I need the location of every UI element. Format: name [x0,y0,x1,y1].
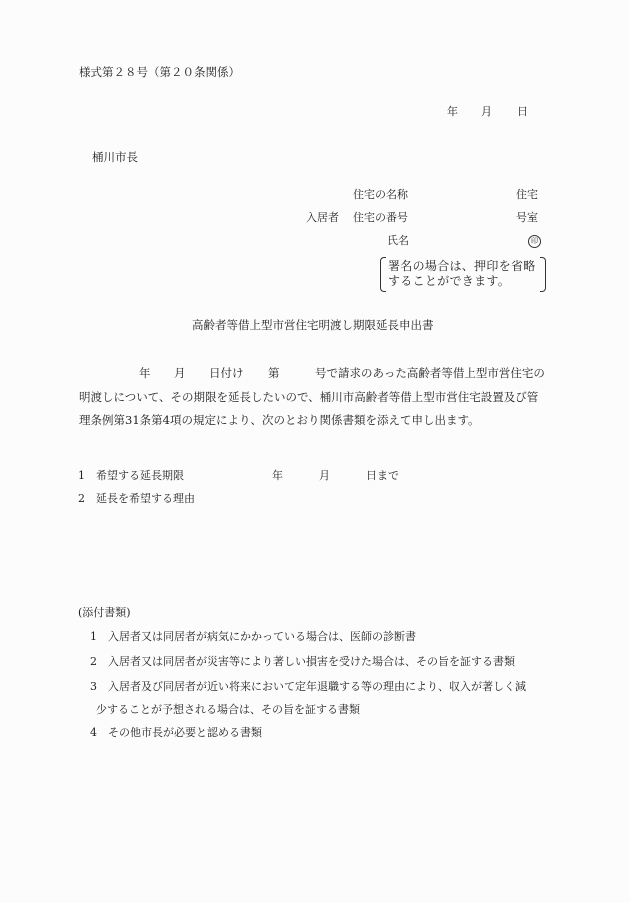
attachment-number: 2 [90,655,97,669]
attachment-text: その他市長が必要と認める書類 [108,726,262,740]
item-label: 希望する延長期限 [96,469,184,483]
attachment-text: 入居者又は同居者が病気にかかっている場合は、医師の診断書 [108,630,416,644]
deadline-day: 日まで [366,469,399,483]
body-dai: 第 [268,366,280,380]
housing-number-suffix: 号室 [516,211,538,225]
deadline-year: 年 [272,469,283,483]
right-bracket-icon [540,257,546,292]
attachment-text: 入居者及び同居者が近い将来において定年退職する等の理由により、収入が著しく減 [108,680,526,694]
name-label: 氏名 [387,234,409,248]
attachment-number: 4 [90,726,97,740]
item-label: 延長を希望する理由 [96,492,195,506]
signature-note: 署名の場合は、押印を省略 することができます。 [380,257,546,291]
body-line2: 明渡しについて、その期限を延長したいので、桶川市高齢者等借上型市営住宅設置及び管 [79,390,538,404]
deadline-month: 月 [319,469,330,483]
left-bracket-icon [380,257,386,292]
date-year-label: 年 [447,105,458,119]
document-title: 高齢者等借上型市営住宅明渡し期限延長申出書 [192,318,434,332]
form-number: 様式第２８号（第２０条関係） [79,65,240,79]
seal-icon: 印 [528,235,541,248]
body-day: 日付け [209,366,244,380]
attachment-text-continuation: 少することが予想される場合は、その旨を証する書類 [96,703,360,717]
signature-note-line2: することができます。 [388,274,536,289]
body-line3: 理条例第31条第4項の規定により、次のとおり関係書類を添えて申し出ます。 [79,413,480,427]
body-line1-rest: 号で請求のあった高齢者等借上型市営住宅の [315,366,545,380]
body-year: 年 [139,366,151,380]
attachment-number: 3 [90,680,97,694]
item-number: 1 [78,469,85,483]
date-month-label: 月 [481,105,492,119]
body-month: 月 [174,366,186,380]
attachments-heading: (添付書類) [78,606,131,620]
attachment-text: 入居者又は同居者が災害等により著しい損害を受けた場合は、その旨を証する書類 [108,655,515,669]
applicant-group-label: 入居者 [306,211,339,225]
date-day-label: 日 [517,105,528,119]
housing-number-label: 住宅の番号 [353,211,408,225]
attachment-number: 1 [90,630,97,644]
housing-name-suffix: 住宅 [516,188,538,202]
item-number: 2 [78,492,85,506]
signature-note-line1: 署名の場合は、押印を省略 [388,259,536,274]
housing-name-label: 住宅の名称 [353,188,408,202]
addressee: 桶川市長 [92,150,138,164]
